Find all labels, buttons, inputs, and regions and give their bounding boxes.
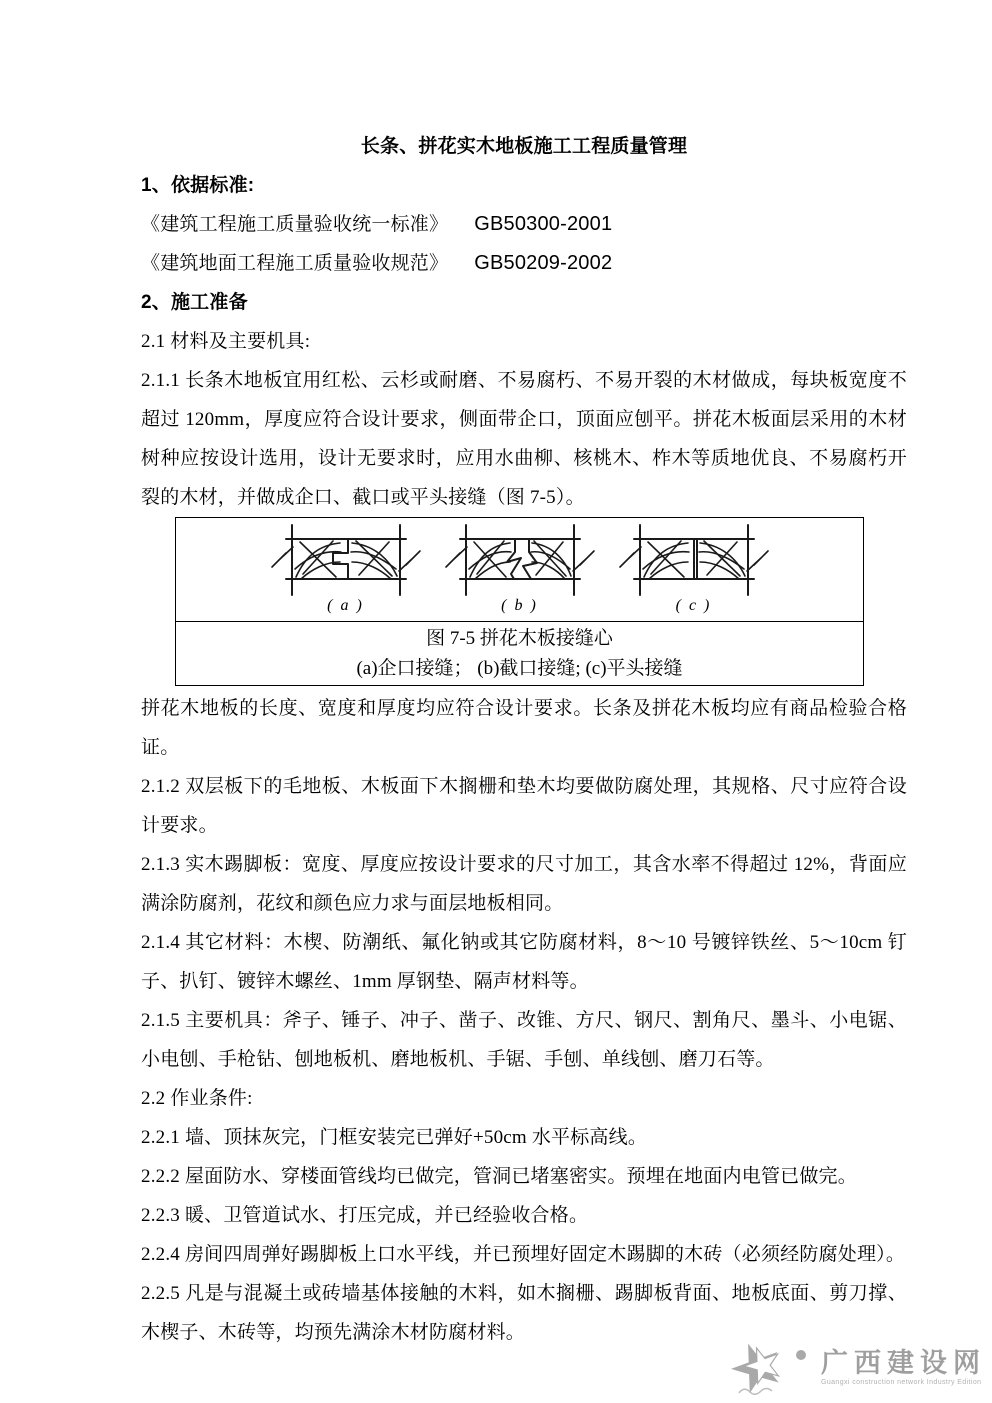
heading-preparation: 2、施工准备 xyxy=(141,283,907,322)
standard-code: GB50209-2002 xyxy=(474,252,612,274)
star-icon xyxy=(721,1334,817,1400)
document-content: 长条、拼花实木地板施工工程质量管理 1、依据标准: 《建筑工程施工质量验收统一标… xyxy=(141,127,907,1352)
para-2-1-5: 2.1.5 主要机具：斧子、锤子、冲子、凿子、改锥、方尺、钢尺、割角尺、墨斗、小… xyxy=(141,1001,907,1079)
page-title: 长条、拼花实木地板施工工程质量管理 xyxy=(141,127,907,166)
para-2-1-4: 2.1.4 其它材料：木楔、防潮纸、氟化钠或其它防腐材料，8～10 号镀锌铁丝、… xyxy=(141,923,907,1001)
para-2-2-1: 2.2.1 墙、顶抹灰完，门框安装完已弹好+50cm 水平标高线。 xyxy=(141,1118,907,1157)
figure-diagrams: ( a ) xyxy=(176,518,863,621)
para-2-2: 2.2 作业条件: xyxy=(141,1079,907,1118)
para-2-1-3: 2.1.3 实木踢脚板：宽度、厚度应按设计要求的尺寸加工，其含水率不得超过 12… xyxy=(141,845,907,923)
butt-joint-drawing xyxy=(618,521,770,599)
standard-item: 《建筑工程施工质量验收统一标准》GB50300-2001 xyxy=(141,205,907,244)
standard-title: 《建筑工程施工质量验收统一标准》 xyxy=(141,214,448,235)
diagram-label-b: ( b ) xyxy=(444,597,596,615)
document-page: 长条、拼花实木地板施工工程质量管理 1、依据标准: 《建筑工程施工质量验收统一标… xyxy=(0,0,992,1403)
tongue-groove-joint-drawing xyxy=(270,521,422,599)
watermark-subtitle: Guangxi construction network Industry Ed… xyxy=(821,1378,986,1387)
rebate-joint-drawing xyxy=(444,521,596,599)
para-2-2-4: 2.2.4 房间四周弹好踢脚板上口水平线，并已预埋好固定木踢脚的木砖（必须经防腐… xyxy=(141,1235,907,1274)
para-2-2-3: 2.2.3 暖、卫管道试水、打压完成，并已经验收合格。 xyxy=(141,1196,907,1235)
para-2-2-2: 2.2.2 屋面防水、穿楼面管线均已做完，管洞已堵塞密实。预埋在地面内电管已做完… xyxy=(141,1157,907,1196)
figure-7-5: ( a ) xyxy=(175,517,864,686)
diagram-label-a: ( a ) xyxy=(270,597,422,615)
watermark-text: 广西建设网 Guangxi construction network Indus… xyxy=(821,1348,986,1387)
joint-diagram-butt: ( c ) xyxy=(618,521,770,615)
para-2-1-1: 2.1.1 长条木地板宜用红松、云杉或耐磨、不易腐朽、不易开裂的木材做成，每块板… xyxy=(141,361,907,517)
figure-caption-title: 图 7-5 拼花木板接缝心 xyxy=(176,624,863,654)
figure-caption-legend: (a)企口接缝； (b)截口接缝; (c)平头接缝 xyxy=(176,654,863,684)
heading-standards: 1、依据标准: xyxy=(141,166,907,205)
para-after-figure: 拼花木地板的长度、宽度和厚度均应符合设计要求。长条及拼花木板均应有商品检验合格证… xyxy=(141,689,907,767)
standard-item: 《建筑地面工程施工质量验收规范》GB50209-2002 xyxy=(141,244,907,283)
standard-title: 《建筑地面工程施工质量验收规范》 xyxy=(141,253,448,274)
standard-code: GB50300-2001 xyxy=(474,213,612,235)
joint-diagram-rebate: ( b ) xyxy=(444,521,596,615)
para-2-1-2: 2.1.2 双层板下的毛地板、木板面下木搁栅和垫木均要做防腐处理，其规格、尺寸应… xyxy=(141,767,907,845)
watermark-name: 广西建设网 xyxy=(821,1348,986,1378)
joint-diagram-tongue-groove: ( a ) xyxy=(270,521,422,615)
diagram-label-c: ( c ) xyxy=(618,597,770,615)
para-2-1: 2.1 材料及主要机具: xyxy=(141,322,907,361)
figure-captions: 图 7-5 拼花木板接缝心 (a)企口接缝； (b)截口接缝; (c)平头接缝 xyxy=(176,621,863,685)
watermark: 广西建设网 Guangxi construction network Indus… xyxy=(721,1334,986,1400)
